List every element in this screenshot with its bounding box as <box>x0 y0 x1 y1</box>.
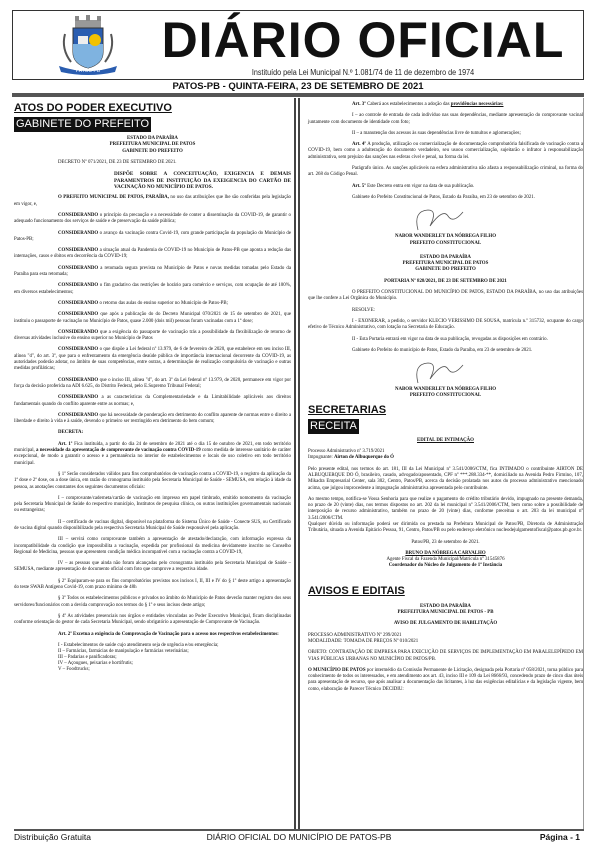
considerando: CONSIDERANDO que a exigência do passapor… <box>14 330 291 343</box>
article-3-item: II – a manutenção dos acessos às suas de… <box>308 131 583 137</box>
page-number: Página - 1 <box>540 832 580 842</box>
newspaper-title: DIÁRIO OFICIAL <box>153 13 573 67</box>
article-3-item: I – ao controle de entrada de cada indiv… <box>308 113 583 126</box>
considerando: CONSIDERANDO o que dispõe a Lei federal … <box>14 347 291 372</box>
considerando: CONSIDERANDO o avanço da vacinação contr… <box>14 231 291 244</box>
resolve-label: RESOLVE: <box>308 308 583 314</box>
edital-date: Patos/PB, 23 de setembro de 2021. <box>308 540 583 546</box>
footer-publication: DIÁRIO OFICIAL DO MUNICÍPIO DE PATOS-PB <box>14 832 584 842</box>
inciso: I – comprovante/caderneta/cartão de vaci… <box>14 496 291 515</box>
article-1: Art. 1º Fica instituída, a partir do dia… <box>14 442 291 467</box>
portaria-item: II - Esta Portaria entrará em vigor na d… <box>308 337 583 343</box>
portaria-title: PORTARIA Nº 828/2021, DE 23 DE SETEMBRO … <box>308 279 583 285</box>
paragrafo-unico: Parágrafo único. As sanções aplicáveis n… <box>308 166 583 179</box>
article-5: Art. 5º Este Decreto entra em vigor na d… <box>308 184 583 190</box>
article-2: Art. 2º Excetua a exigência do Comprovaç… <box>14 632 291 638</box>
signer-role: PREFEITO CONSTITUCIONAL <box>308 241 583 247</box>
aviso-paragraph: O MUNICÍPIO DE PATOS por intermédio da C… <box>308 668 583 693</box>
signature <box>308 206 583 234</box>
left-column: ATOS DO PODER EXECUTIVO GABINETE DO PREF… <box>14 98 296 829</box>
signature-icon <box>408 206 488 234</box>
dateline: PATOS-PB - QUINTA-FEIRA, 23 DE SETEMBRO … <box>12 81 584 92</box>
paragraph-4: § 4º As atividades presenciais nos órgão… <box>14 614 291 627</box>
article-4: Art. 4º A produção, utilização ou comerc… <box>308 142 583 161</box>
preamble: O PREFEITO MUNICIPAL DE PATOS, PARAÍBA, … <box>14 195 291 208</box>
considerando: CONSIDERANDO o princípio da precaução e … <box>14 213 291 226</box>
newspaper-subtitle: Instituído pela Lei Municipal N.º 1.081/… <box>174 68 552 77</box>
paragraph-3: § 3º Todos os estabelecimentos públicos … <box>14 596 291 609</box>
considerando: CONSIDERANDO a as características da Com… <box>14 395 291 408</box>
considerando: CONSIDERANDO que após a publicação do do… <box>14 312 291 325</box>
edital-paragraph: Qualquer dúvida ou informação poderá ser… <box>308 522 583 535</box>
gabinete-date: Gabinete do Prefeito Constitucional de P… <box>308 195 583 201</box>
divider <box>12 93 584 97</box>
considerando: CONSIDERANDO que o inciso III, alínea "d… <box>14 378 291 391</box>
modalidade: MODALIDADE: TOMADA DE PREÇOS Nº 010/2021 <box>308 639 583 645</box>
portaria-item: I - EXONERAR, a pedido, o servidor KLECI… <box>308 319 583 332</box>
section-heading: ATOS DO PODER EXECUTIVO <box>14 101 291 115</box>
edital-paragraph: Ao mesmo tempo, notifica-se Vossa Senhor… <box>308 497 583 522</box>
right-column: Art. 3º Caberá aos estabelecimentos a ad… <box>298 98 584 829</box>
impugnante: Impugnante: Airton de Albuquerque do Ó <box>308 455 583 461</box>
edital-paragraph: Pelo presente edital, nos termos do art.… <box>308 467 583 492</box>
signature <box>308 359 583 387</box>
divider <box>14 829 584 831</box>
signer-role: PREFEITO CONSTITUCIONAL <box>308 393 583 399</box>
inciso: II – certificado de vacinas digital, dis… <box>14 520 291 533</box>
subsection-heading: GABINETE DO PREFEITO <box>14 117 151 132</box>
considerando: CONSIDERANDO o fim gradativo das restriç… <box>14 283 291 296</box>
considerando: CONSIDERANDO a retomada segura prevista … <box>14 266 291 279</box>
edital-title: EDITAL DE INTIMAÇÃO <box>308 438 583 444</box>
header-line: GABINETE DO PREFEITO <box>14 149 291 155</box>
decree-ementa: DISPÕE SOBRE A CONCEITUAÇÃO, EXIGENCIA E… <box>114 171 291 190</box>
section-heading: AVISOS E EDITAIS <box>308 584 583 598</box>
paragraph-2: § 2º Equiparam-se para os fins comprobat… <box>14 579 291 592</box>
considerando: CONSIDERANDO a situação atual da Pandemi… <box>14 248 291 261</box>
masthead: PATOS-PB DIÁRIO OFICIAL Instituído pela … <box>12 10 584 80</box>
paragraph-1: § 1º Serão considerados válidos para fin… <box>14 472 291 491</box>
svg-text:PATOS-PB: PATOS-PB <box>76 68 101 74</box>
portaria-preamble: O PREFEITO CONSTITUCIONAL DO MUNICÍPIO D… <box>308 290 583 303</box>
subsection-heading: RECEITA <box>308 419 359 434</box>
header-line: GABINETE DO PREFEITO <box>308 267 583 273</box>
inciso: IV – as pessoas que ainda não foram alca… <box>14 561 291 574</box>
objeto: OBJETO: CONTRATAÇÃO DE EMPRESA PARA EXEC… <box>308 650 583 663</box>
aviso-title: AVISO DE JULGAMENTO DE HABILITAÇÃO <box>308 621 583 627</box>
header-line: PREFEITURA MUNICIPAL DE PATOS - PB <box>308 610 583 616</box>
considerando: CONSIDERANDO o retorno das aulas do ensi… <box>14 301 291 307</box>
signature-icon <box>408 359 488 387</box>
article-3: Art. 3º Caberá aos estabelecimentos a ad… <box>308 102 583 108</box>
agent-role: Coordenador do Núcleo de Julgamento de 1… <box>308 563 583 569</box>
section-heading: SECRETARIAS <box>308 403 583 417</box>
considerando: CONSIDERANDO que há necessidade de ponde… <box>14 413 291 426</box>
municipal-crest-icon: PATOS-PB <box>53 14 123 76</box>
inciso: III – servirá como comprovante também a … <box>14 537 291 556</box>
decreta-label: DECRETA: <box>14 430 291 436</box>
decree-title: DECRETO Nº 071/2021, DE 23 DE SETEMBRO D… <box>14 160 291 166</box>
considerandos-list: CONSIDERANDO o princípio da precaução e … <box>14 213 291 425</box>
list-item: V – Foodtrucks; <box>58 667 291 673</box>
gabinete-date: Gabinete do Prefeito do município de Pat… <box>308 348 583 354</box>
